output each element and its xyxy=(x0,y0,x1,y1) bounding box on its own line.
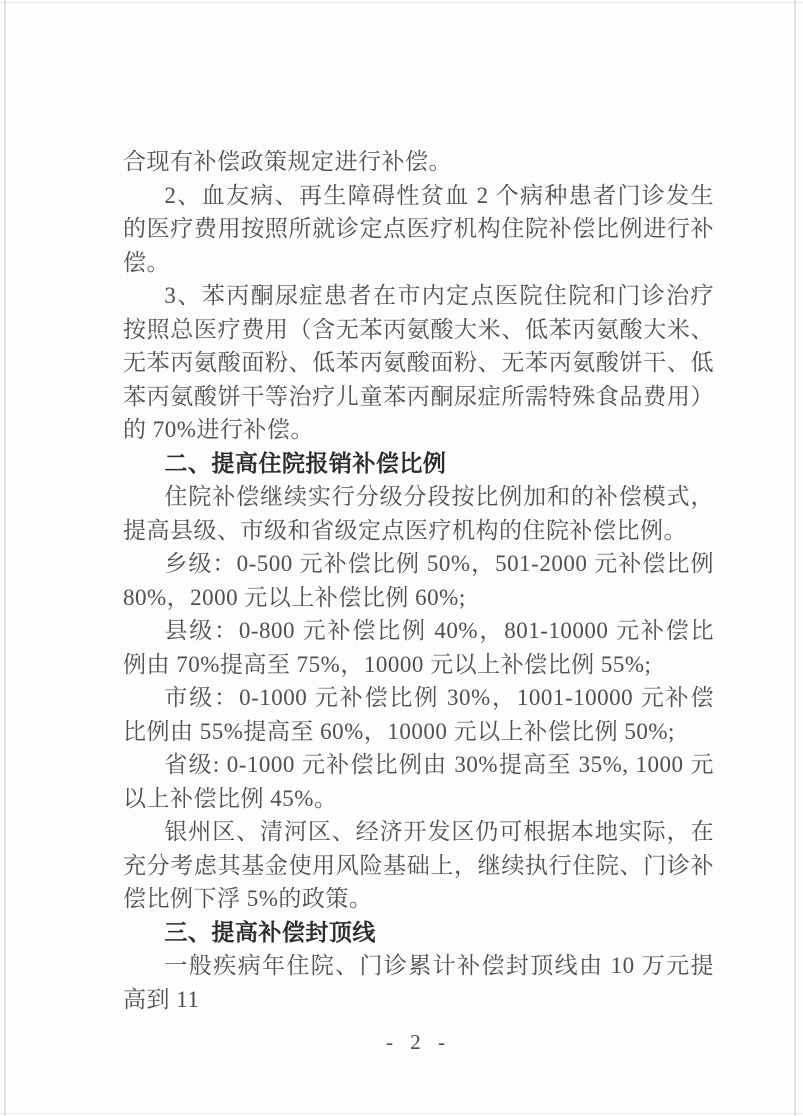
paragraph: 银州区、清河区、经济开发区仍可根据本地实际，在充分考虑其基金使用风险基础上，继续… xyxy=(123,815,714,916)
paragraph: 一般疾病年住院、门诊累计补偿封顶线由 10 万元提高到 11 xyxy=(123,949,714,1016)
page-number: - 2 - xyxy=(123,1030,714,1055)
section-heading: 二、提高住院报销补偿比例 xyxy=(123,447,714,481)
paragraph: 市级：0-1000 元补偿比例 30%，1001-10000 元补偿比例由 55… xyxy=(123,681,714,748)
scan-edge-top xyxy=(0,2,803,3)
paragraph: 2、血友病、再生障碍性贫血 2 个病种患者门诊发生的医疗费用按照所就诊定点医疗机… xyxy=(123,179,714,280)
section-heading: 三、提高补偿封顶线 xyxy=(123,916,714,950)
paragraph: 合现有补偿政策规定进行补偿。 xyxy=(123,145,714,179)
document-body: 合现有补偿政策规定进行补偿。2、血友病、再生障碍性贫血 2 个病种患者门诊发生的… xyxy=(123,145,714,1016)
paragraph: 县级：0-800 元补偿比例 40%，801-10000 元补偿比例由 70%提… xyxy=(123,614,714,681)
paragraph: 3、苯丙酮尿症患者在市内定点医院住院和门诊治疗按照总医疗费用（含无苯丙氨酸大米、… xyxy=(123,279,714,447)
scan-edge-right xyxy=(794,0,796,1116)
scan-edge-bottom xyxy=(0,1113,803,1114)
paragraph: 住院补偿继续实行分级分段按比例加和的补偿模式，提高县级、市级和省级定点医疗机构的… xyxy=(123,480,714,547)
paragraph: 乡级：0-500 元补偿比例 50%，501-2000 元补偿比例 80%，20… xyxy=(123,547,714,614)
paragraph: 省级: 0-1000 元补偿比例由 30%提高至 35%, 1000 元以上补偿… xyxy=(123,748,714,815)
scan-edge-left xyxy=(4,0,6,1116)
scanned-document-page: 合现有补偿政策规定进行补偿。2、血友病、再生障碍性贫血 2 个病种患者门诊发生的… xyxy=(0,0,803,1116)
